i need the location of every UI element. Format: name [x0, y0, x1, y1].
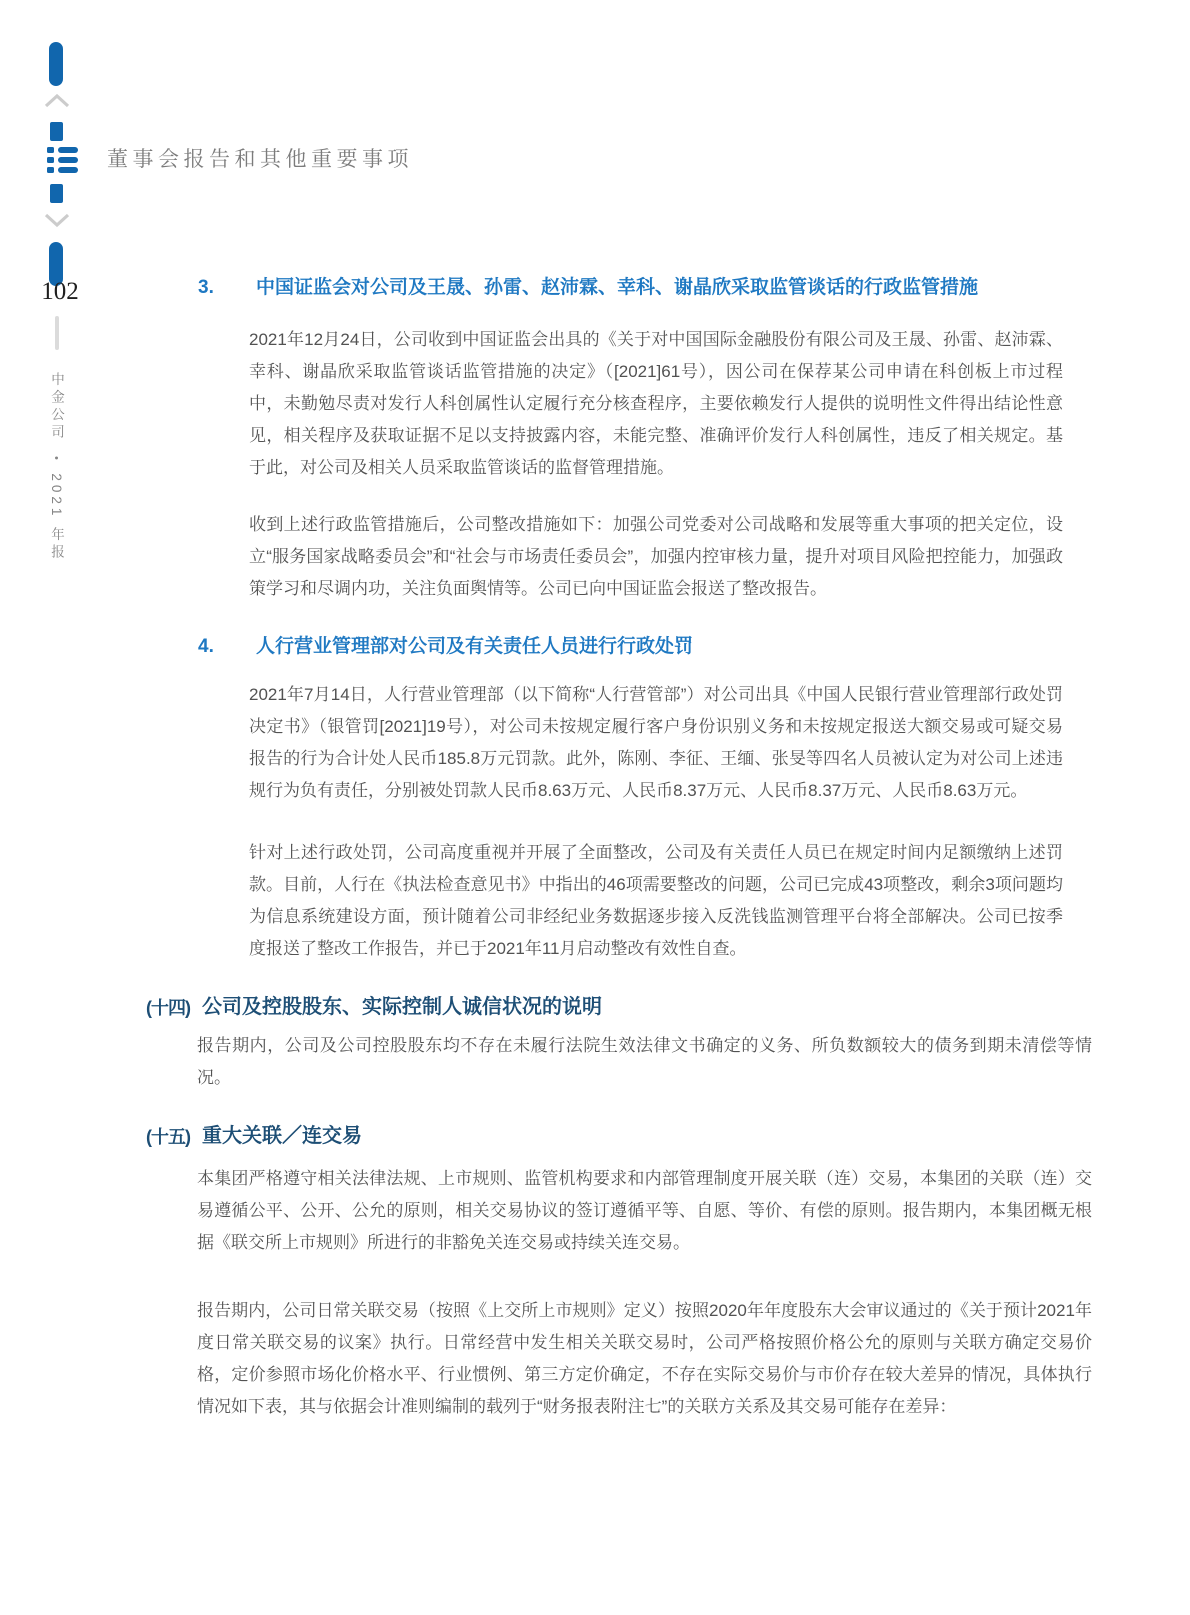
- section-14-label: (十四): [146, 993, 190, 1023]
- section-4-number: 4.: [198, 633, 214, 661]
- rail-top-bar: [49, 42, 63, 86]
- side-caption-bullet: •: [50, 456, 62, 460]
- paragraph: 收到上述行政监管措施后，公司整改措施如下：加强公司党委对公司战略和发展等重大事项…: [249, 509, 1063, 605]
- side-caption-year: 2021 年报: [49, 473, 64, 562]
- side-caption: 中金公司 • 2021 年报: [43, 372, 69, 612]
- section-3-title: 中国证监会对公司及王晟、孙雷、赵沛霖、幸科、谢晶欣采取监管谈话的行政监管措施: [256, 277, 978, 298]
- rail-square-top: [50, 122, 63, 141]
- paragraph: 2021年12月24日，公司收到中国证监会出具的《关于对中国国际金融股份有限公司…: [249, 324, 1063, 484]
- section-3-heading: 3. 中国证监会对公司及王晟、孙雷、赵沛霖、幸科、谢晶欣采取监管谈话的行政监管措…: [249, 274, 1063, 302]
- paragraph: 本集团严格遵守相关法律法规、上市规则、监管机构要求和内部管理制度开展关联（连）交…: [197, 1163, 1092, 1259]
- wide-sections: (十四) 公司及控股股东、实际控制人诚信状况的说明 报告期内，公司及公司控股股东…: [197, 992, 1092, 1423]
- paragraph: 报告期内，公司日常关联交易（按照《上交所上市规则》定义）按照2020年年度股东大…: [197, 1295, 1092, 1423]
- page-number-divider: [55, 316, 59, 350]
- paragraph: 2021年7月14日，人行营业管理部（以下简称“人行营管部”）对公司出具《中国人…: [249, 679, 1063, 807]
- rail-square-bottom: [50, 184, 63, 203]
- chevron-down-icon: [44, 212, 70, 228]
- left-rail: [0, 0, 100, 420]
- list-icon-row: [47, 157, 79, 163]
- main-content: 3. 中国证监会对公司及王晟、孙雷、赵沛霖、幸科、谢晶欣采取监管谈话的行政监管措…: [249, 274, 1063, 1423]
- list-icon: [47, 147, 79, 173]
- side-caption-company: 中金公司: [49, 372, 64, 442]
- chevron-up-icon: [44, 93, 70, 109]
- section-15-label: (十五): [146, 1122, 190, 1152]
- section-15-heading: (十五) 重大关联／连交易: [197, 1121, 1092, 1151]
- annual-report-page: { "page": { "number": "102", "header_tit…: [0, 0, 1190, 1615]
- section-3-number: 3.: [198, 274, 214, 302]
- section-4-heading: 4. 人行营业管理部对公司及有关责任人员进行行政处罚: [249, 633, 1063, 661]
- paragraph: 针对上述行政处罚，公司高度重视并开展了全面整改，公司及有关责任人员已在规定时间内…: [249, 837, 1063, 965]
- list-icon-row: [47, 147, 79, 153]
- list-icon-row: [47, 167, 79, 173]
- section-15-title: 重大关联／连交易: [202, 1125, 362, 1147]
- page-number: 102: [20, 278, 100, 306]
- section-4-title: 人行营业管理部对公司及有关责任人员进行行政处罚: [256, 636, 693, 657]
- section-14-heading: (十四) 公司及控股股东、实际控制人诚信状况的说明: [197, 992, 1092, 1022]
- chapter-header: 董事会报告和其他重要事项: [107, 143, 413, 173]
- paragraph: 报告期内，公司及公司控股股东均不存在未履行法院生效法律文书确定的义务、所负数额较…: [197, 1030, 1092, 1094]
- section-14-title: 公司及控股股东、实际控制人诚信状况的说明: [202, 996, 602, 1018]
